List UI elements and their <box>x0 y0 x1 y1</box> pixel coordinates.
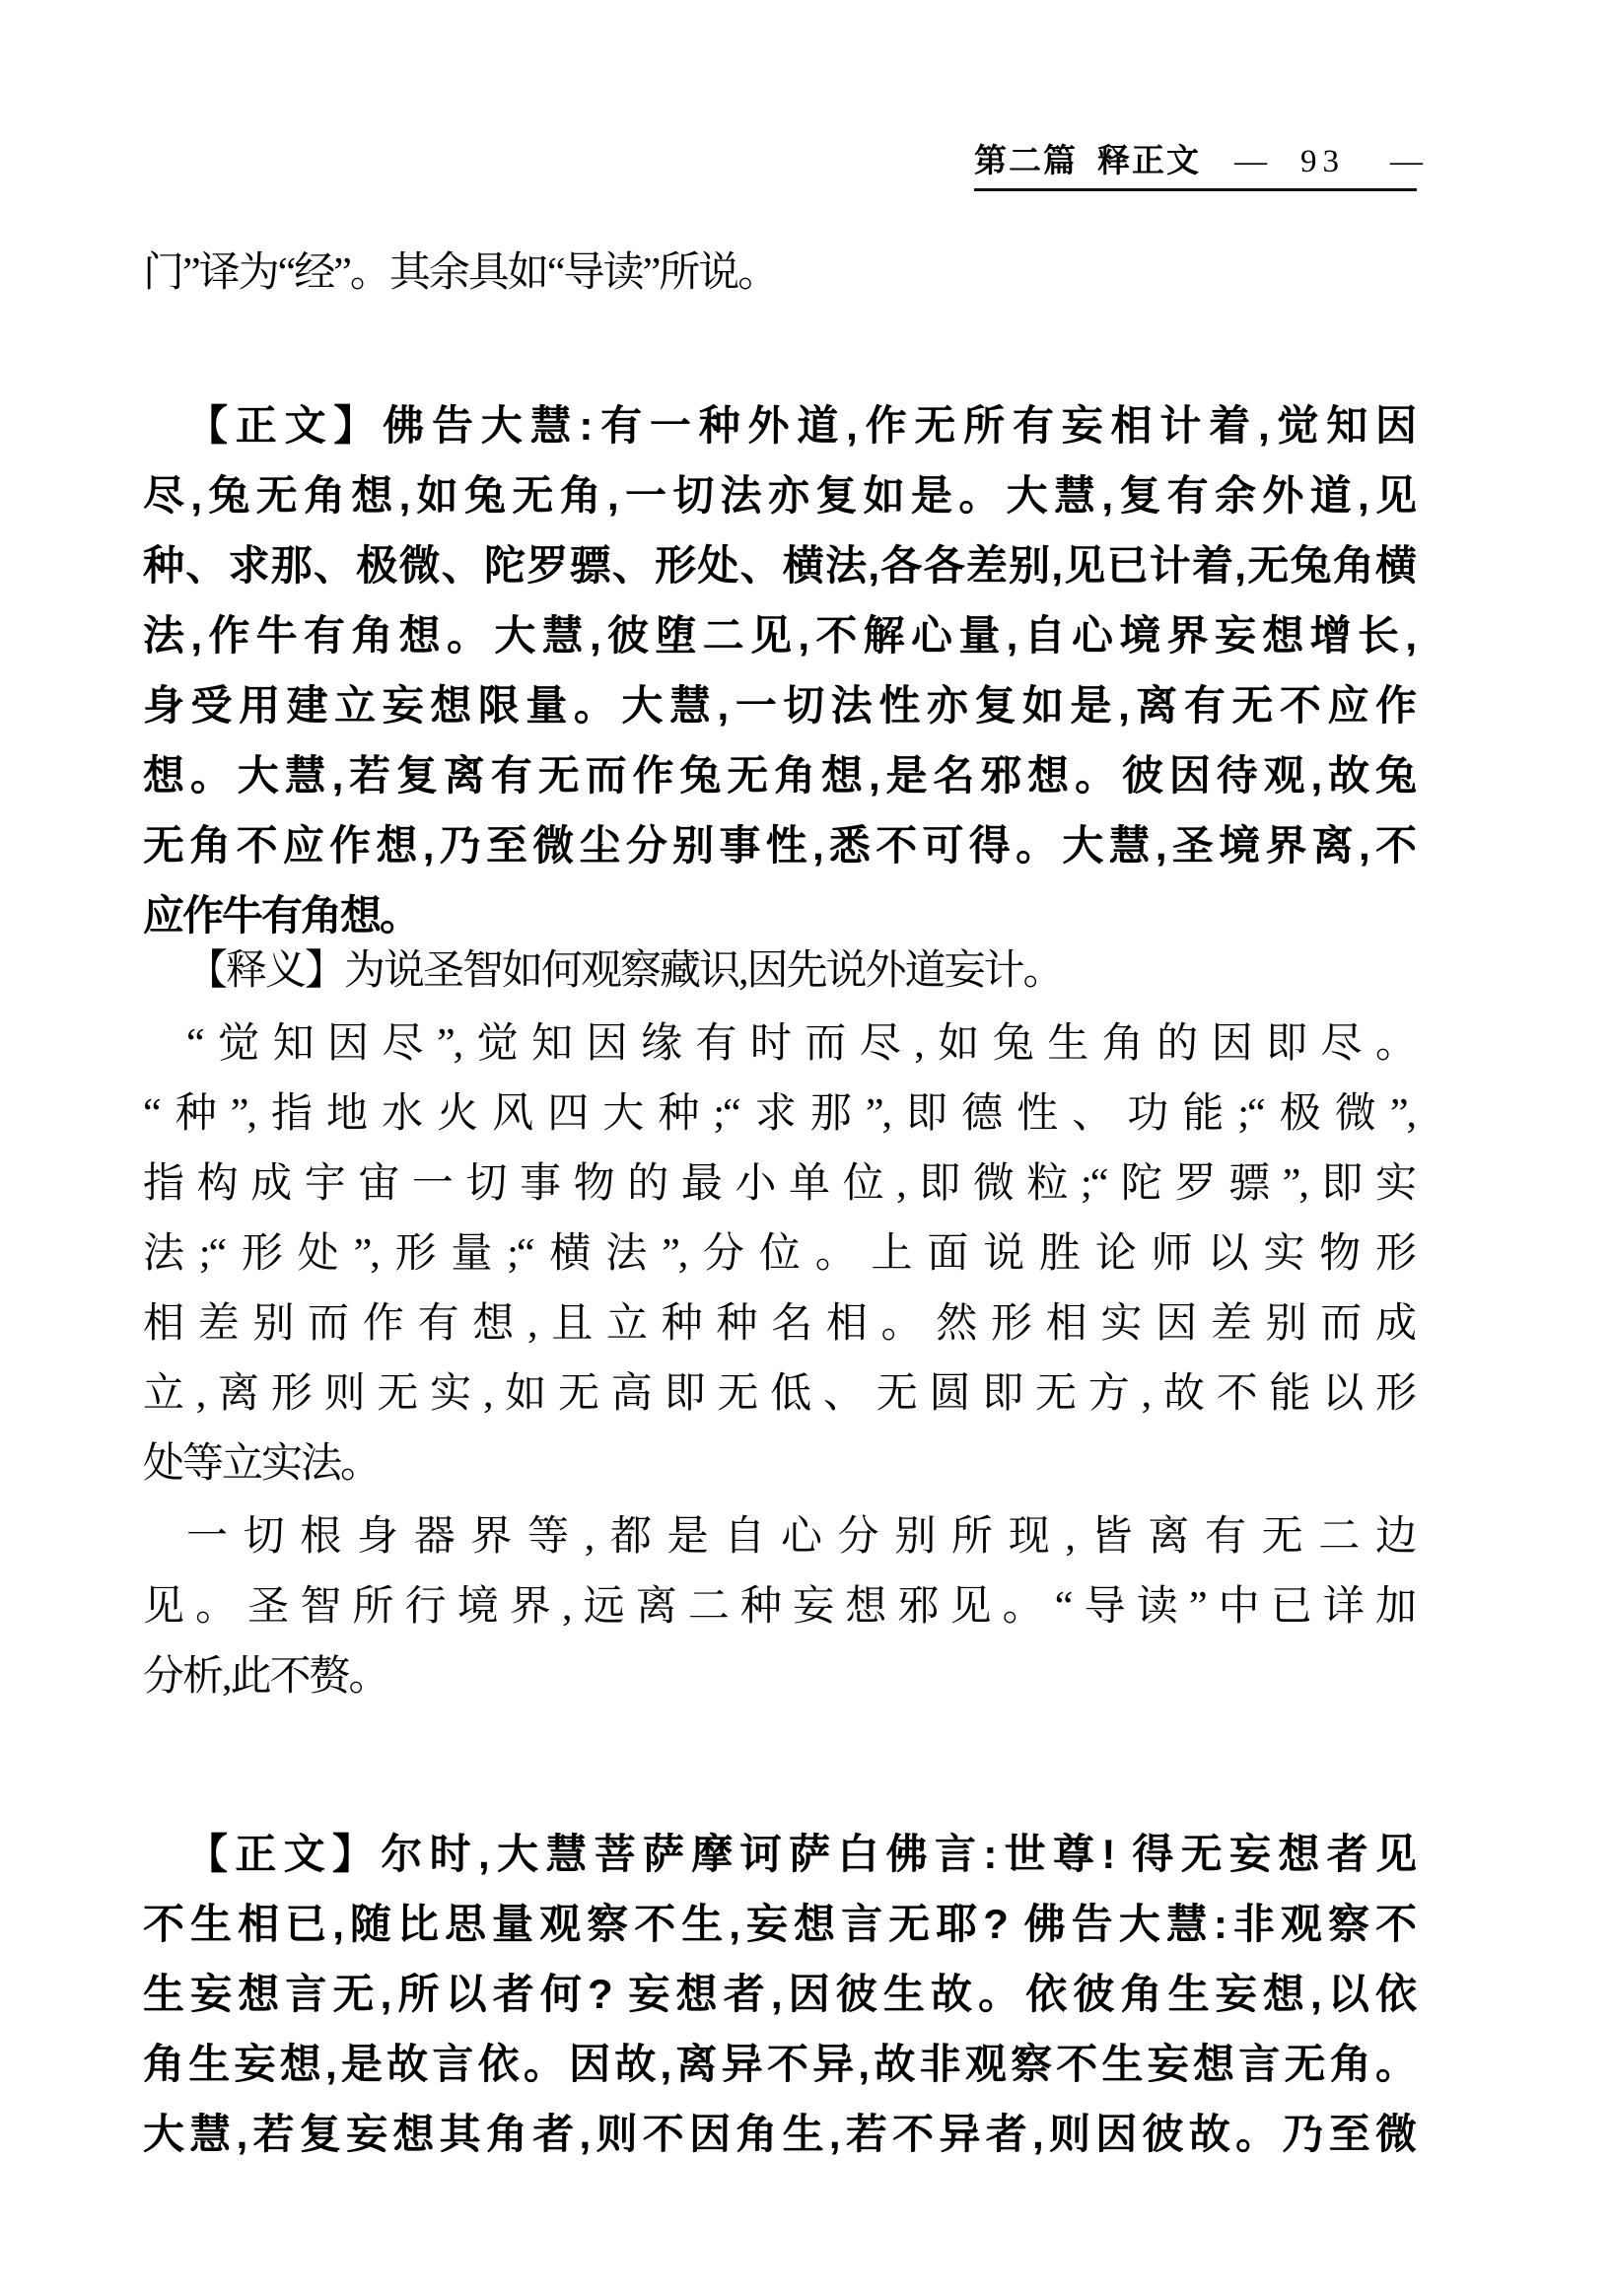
text-line: 生妄想言无,所以者何? 妄想者,因彼生故。依彼角生妄想,以依 <box>143 1959 1415 2029</box>
paragraph-zhengwen-2: 【正文】尔时,大慧菩萨摩诃萨白佛言:世尊! 得无妄想者见 不生相已,随比思量观察… <box>143 1819 1415 2169</box>
text-line: 处等立实法。 <box>143 1429 1415 1499</box>
text-line: 门”译为“经”。其余具如“导读”所说。 <box>143 239 1415 309</box>
text-line: 尽,兔无角想,如兔无角,一切法亦复如是。大慧,复有余外道,见 <box>143 460 1415 530</box>
text-line: 不生相已,随比思量观察不生,妄想言无耶? 佛告大慧:非观察不 <box>143 1889 1415 1959</box>
text-line: 法;“形处”,形量;“横法”,分位。上面说胜论师以实物形 <box>143 1219 1415 1289</box>
paragraph-zhengwen-1: 【正文】佛告大慧:有一种外道,作无所有妄相计着,觉知因 尽,兔无角想,如兔无角,… <box>143 390 1415 950</box>
text-line: 法,作牛有角想。大慧,彼堕二见,不解心量,自心境界妄想增长, <box>143 600 1415 670</box>
text-line: 身受用建立妄想限量。大慧,一切法性亦复如是,离有无不应作 <box>143 670 1415 740</box>
text-line: 【正文】佛告大慧:有一种外道,作无所有妄相计着,觉知因 <box>143 390 1415 460</box>
text-line: 【正文】尔时,大慧菩萨摩诃萨白佛言:世尊! 得无妄想者见 <box>143 1819 1415 1889</box>
paragraph-shiyi: 【释义】为说圣智如何观察藏识,因先说外道妄计。 <box>143 937 1415 1007</box>
text-line: 见。圣智所行境界,远离二种妄想邪见。“导读”中已详加 <box>143 1572 1415 1642</box>
text-line: 大慧,若复妄想其角者,则不因角生,若不异者,则因彼故。乃至微 <box>143 2099 1415 2169</box>
text-line: 想。大慧,若复离有无而作兔无角想,是名邪想。彼因待观,故兔 <box>143 740 1415 810</box>
chapter-title: 释正文 <box>1097 144 1201 179</box>
header-dash-left: — <box>1234 144 1267 179</box>
text-line: 无角不应作想,乃至微尘分别事性,悉不可得。大慧,圣境界离,不 <box>143 810 1415 880</box>
text-line: “种”,指地水火风四大种;“求那”,即德性、功能;“极微”, <box>143 1079 1415 1149</box>
page-header: 第二篇 释正文 — 93 — <box>974 144 1417 191</box>
text-line: 分析,此不赘。 <box>143 1642 1415 1712</box>
text-line: “觉知因尽”,觉知因缘有时而尽,如兔生角的因即尽。 <box>143 1009 1415 1079</box>
paragraph-carryover: 门”译为“经”。其余具如“导读”所说。 <box>143 239 1415 309</box>
text-line: 【释义】为说圣智如何观察藏识,因先说外道妄计。 <box>143 937 1415 1007</box>
text-line: 一切根身器界等,都是自心分别所现,皆离有无二边 <box>143 1502 1415 1572</box>
paragraph-commentary-1: “觉知因尽”,觉知因缘有时而尽,如兔生角的因即尽。 “种”,指地水火风四大种;“… <box>143 1009 1415 1499</box>
text-line: 指构成宇宙一切事物的最小单位,即微粒;“陀罗骠”,即实 <box>143 1149 1415 1219</box>
page-number: 93 <box>1300 144 1345 179</box>
paragraph-commentary-2: 一切根身器界等,都是自心分别所现,皆离有无二边 见。圣智所行境界,远离二种妄想邪… <box>143 1502 1415 1712</box>
book-page: 第二篇 释正文 — 93 — 门”译为“经”。其余具如“导读”所说。 【正文】佛… <box>0 0 1612 2296</box>
text-line: 相差别而作有想,且立种种名相。然形相实因差别而成 <box>143 1289 1415 1359</box>
header-dash-right: — <box>1390 144 1423 179</box>
section-label: 第二篇 <box>974 144 1078 179</box>
text-line: 种、求那、极微、陀罗骠、形处、横法,各各差别,见已计着,无兔角横 <box>143 530 1415 600</box>
text-line: 立,离形则无实,如无高即无低、无圆即无方,故不能以形 <box>143 1359 1415 1429</box>
text-line: 角生妄想,是故言依。因故,离异不异,故非观察不生妄想言无角。 <box>143 2029 1415 2099</box>
